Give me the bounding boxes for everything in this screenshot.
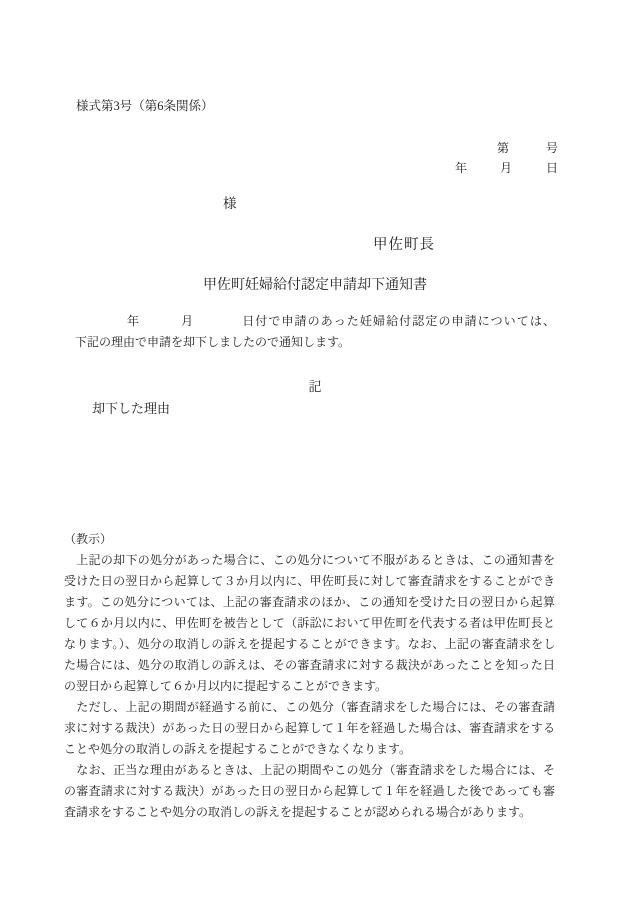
rejection-reason-blank-area <box>75 418 555 523</box>
doc-number-prefix: 第 <box>497 141 509 155</box>
kyoji-line: ただし、上記の期間が経過する前に、この処分（審査請求をした場合には、その審査請 <box>64 697 555 718</box>
intro-line-1-text: 日付で申請のあった妊婦給付認定の申請については、 <box>242 314 555 328</box>
date-day-label: 日 <box>546 161 558 175</box>
rejection-reason-label: 却下した理由 <box>92 398 170 417</box>
document-number-line: 第号 <box>497 139 558 156</box>
kyoji-heading: （教示） <box>64 529 555 550</box>
kyoji-line: して６か月以内に、甲佐町を被告として（訴訟において甲佐町を代表する者は甲佐町長と <box>64 613 555 634</box>
kyoji-line: なります。）、処分の取消しの訴えを提起することができます。なお、上記の審査請求を… <box>64 634 555 655</box>
intro-month-label: 月 <box>181 314 194 328</box>
intro-year-label: 年 <box>127 314 140 328</box>
sender-title: 甲佐町長 <box>373 233 435 254</box>
kyoji-line: 受けた日の翌日から起算して３か月以内に、甲佐町長に対して審査請求をすることができ <box>64 571 555 592</box>
kyoji-line: 上記の却下の処分があった場合に、この処分について不服があるときは、この通知書を <box>64 550 555 571</box>
date-line: 年月日 <box>455 159 558 176</box>
kyoji-line: なお、正当な理由があるときは、上記の期間やこの処分（審査請求をした場合には、そ <box>64 760 555 781</box>
document-page: 様式第3号（第6条関係） 第号 年月日 様 甲佐町長 甲佐町妊婦給付認定申請却下… <box>0 0 630 903</box>
kyoji-line: 査請求をすることや処分の取消しの訴えを提起することが認められる場合があります。 <box>64 802 555 823</box>
kyoji-line: た場合には、処分の取消しの訴えは、その審査請求に対する裁決があったことを知った日 <box>64 655 555 676</box>
kyoji-section: （教示） 上記の却下の処分があった場合に、この処分について不服があるときは、この… <box>64 529 555 823</box>
kyoji-line: ことや処分の取消しの訴えを提起することができなくなります。 <box>64 739 555 760</box>
kyoji-line: の翌日から起算して６か月以内に提起することができます。 <box>64 676 555 697</box>
kyoji-line: の審査請求に対する裁決）があった日の翌日から起算して１年を経過した後であっても審 <box>64 781 555 802</box>
date-month-label: 月 <box>500 161 512 175</box>
kyoji-line: 求に対する裁決）があった日の翌日から起算して１年を経過した場合は、審査請求をする <box>64 718 555 739</box>
date-year-label: 年 <box>455 161 467 175</box>
intro-line-2: 下記の理由で申請を却下しましたので通知します。 <box>75 332 555 353</box>
intro-line-1: 年月日付で申請のあった妊婦給付認定の申請については、 <box>75 311 555 332</box>
kyoji-line: ます。この処分については、上記の審査請求のほか、この通知を受けた日の翌日から起算 <box>64 592 555 613</box>
document-title: 甲佐町妊婦給付認定申請却下通知書 <box>0 274 630 294</box>
intro-paragraph: 年月日付で申請のあった妊婦給付認定の申請については、 下記の理由で申請を却下しま… <box>75 311 555 353</box>
record-marker: 記 <box>0 376 630 395</box>
doc-number-suffix: 号 <box>546 141 558 155</box>
form-number-label: 様式第3号（第6条関係） <box>76 96 214 114</box>
addressee-honorific: 様 <box>223 192 237 212</box>
